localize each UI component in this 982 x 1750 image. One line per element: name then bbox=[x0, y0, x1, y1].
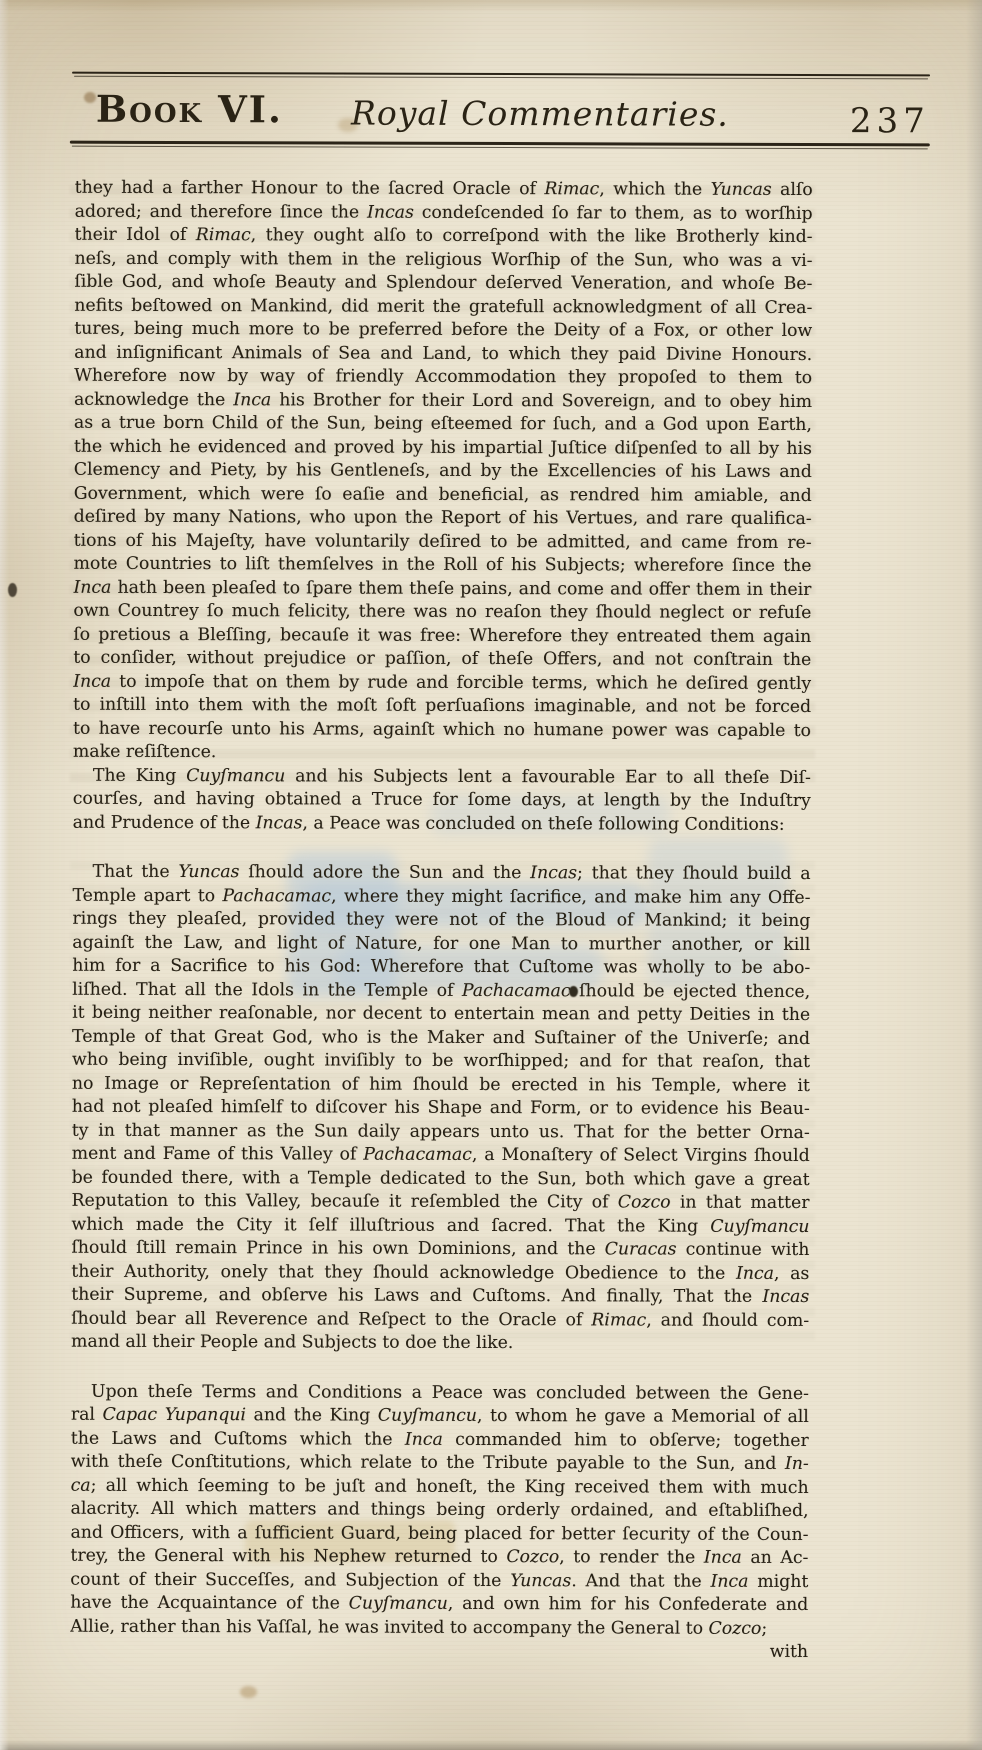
text-block: they had a farther Honour to the ſacred … bbox=[70, 177, 813, 1665]
text-line: to inſtill into them with the moſt ſoft … bbox=[73, 694, 811, 720]
text-line: mote Countries to liſt themſelves in the… bbox=[73, 553, 811, 579]
text-line: ſhould ſtill remain Prince in his own Do… bbox=[71, 1237, 809, 1263]
text-line: their Authority, onely that they ſhould … bbox=[71, 1260, 809, 1286]
text-line: tures, being much more to be preferred b… bbox=[74, 318, 812, 344]
text-line: acknowledge the Inca his Brother for the… bbox=[74, 388, 812, 414]
page-content: Book VI. Royal Commentaries. 237 they ha… bbox=[0, 0, 982, 1750]
text-line: deſired by many Nations, who upon the Re… bbox=[74, 506, 812, 532]
text-line: they had a farther Honour to the ſacred … bbox=[75, 177, 813, 203]
text-line: courſes, and having obtained a Truce for… bbox=[73, 788, 811, 814]
text-line: to have recourſe unto his Arms, againſt … bbox=[73, 717, 811, 743]
header-rule-top-echo bbox=[74, 76, 928, 80]
text-line: which made the City it ſelf illuſtrious … bbox=[71, 1213, 809, 1239]
text-line: no Image or Repreſentation of him ſhould… bbox=[72, 1072, 810, 1098]
text-line: Temple of that Great God, who is the Mak… bbox=[72, 1025, 810, 1051]
paragraph: they had a farther Honour to the ſacred … bbox=[73, 177, 813, 767]
paragraph: That the Yuncas ſhould adore the Sun and… bbox=[71, 861, 811, 1357]
text-line: be founded there, with a Temple dedicate… bbox=[72, 1166, 810, 1192]
text-line: nefits beſtowed on Mankind, did merit th… bbox=[74, 294, 812, 320]
text-line: ment and Fame of this Valley of Pachacam… bbox=[72, 1143, 810, 1169]
text-line: make reſiſtence. bbox=[73, 741, 811, 767]
text-line: and Officers, with a ſufficient Guard, b… bbox=[70, 1521, 808, 1547]
text-line: it being neither reaſonable, nor decent … bbox=[72, 1002, 810, 1028]
text-line: with theſe Conſtitutions, which relate t… bbox=[71, 1451, 809, 1477]
text-line: who being inviſible, ought inviſibly to … bbox=[72, 1049, 810, 1075]
paragraph: Upon theſe Terms and Conditions a Peace … bbox=[70, 1380, 809, 1641]
text-line: the Laws and Cuſtoms which the Inca comm… bbox=[71, 1427, 809, 1453]
text-line: neſs, and comply with them in the religi… bbox=[74, 247, 812, 273]
catchword: with bbox=[70, 1639, 808, 1665]
text-line: Inca hath been pleaſed to ſpare them the… bbox=[73, 576, 811, 602]
text-line: mand all their People and Subjects to do… bbox=[71, 1331, 809, 1357]
paragraph: The King Cuyſmancu and his Subjects lent… bbox=[73, 764, 811, 837]
header-rule-bottom-echo bbox=[72, 146, 928, 150]
text-line: had not pleaſed himſelf to diſcover his … bbox=[72, 1096, 810, 1122]
text-line: alacrity. All which matters and things b… bbox=[71, 1498, 809, 1524]
running-title: Royal Commentaries. bbox=[340, 94, 740, 134]
scanned-book-page: Book VI. Royal Commentaries. 237 they ha… bbox=[0, 0, 982, 1750]
text-line: own Countrey ſo much felicity, there was… bbox=[73, 600, 811, 626]
text-line: That the Yuncas ſhould adore the Sun and… bbox=[73, 861, 811, 887]
text-line: Inca to impoſe that on them by rude and … bbox=[73, 670, 811, 696]
text-line: The King Cuyſmancu and his Subjects lent… bbox=[73, 764, 811, 790]
text-line: count of their Succeſſes, and Subjection… bbox=[70, 1568, 808, 1594]
text-line: ca; all which ſeeming to be juſt and hon… bbox=[71, 1474, 809, 1500]
text-line: as a true born Child of the Sun, being e… bbox=[74, 412, 812, 438]
text-line: to conſider, without prejudice or paſſio… bbox=[73, 647, 811, 673]
text-line: Allie, rather than his Vaſſal, he was in… bbox=[70, 1615, 808, 1641]
text-line: rings they pleaſed, provided they were n… bbox=[72, 908, 810, 934]
text-line: ral Capac Yupanqui and the King Cuyſmanc… bbox=[71, 1404, 809, 1430]
text-line: Government, which were ſo eaſie and bene… bbox=[74, 482, 812, 508]
text-line: adored; and therefore ſince the Incas co… bbox=[75, 200, 813, 226]
text-line: ty in that manner as the Sun daily appea… bbox=[72, 1119, 810, 1145]
text-line: tions of his Majeſty, have voluntarily d… bbox=[74, 529, 812, 555]
page-number: 237 bbox=[850, 101, 930, 141]
text-line: ſo pretious a Bleſſing, becauſe it was f… bbox=[73, 623, 811, 649]
text-line: and inſignificant Animals of Sea and Lan… bbox=[74, 341, 812, 367]
text-line: Temple apart to Pachacamac, where they m… bbox=[72, 884, 810, 910]
text-line: liſhed. That all the Idols in the Temple… bbox=[72, 978, 810, 1004]
text-line: and Prudence of the Incas, a Peace was c… bbox=[73, 811, 811, 837]
text-line: trey, the General with his Nephew return… bbox=[70, 1545, 808, 1571]
text-line: their Supreme, and obſerve his Laws and … bbox=[71, 1284, 809, 1310]
text-line: Reputation to this Valley, becauſe it re… bbox=[71, 1190, 809, 1216]
text-line: ſible God, and whoſe Beauty and Splendou… bbox=[74, 271, 812, 297]
text-line: Wherefore now by way of friendly Accommo… bbox=[74, 365, 812, 391]
text-line: Clemency and Piety, by his Gentleneſs, a… bbox=[74, 459, 812, 485]
text-line: their Idol of Rimac, they ought alſo to … bbox=[75, 224, 813, 250]
text-line: Upon theſe Terms and Conditions a Peace … bbox=[71, 1380, 809, 1406]
text-line: have the Acquaintance of the Cuyſmancu, … bbox=[70, 1592, 808, 1618]
text-line: him for a Sacrifice to his God: Wherefor… bbox=[72, 955, 810, 981]
text-line: ſhould bear all Reverence and Reſpect to… bbox=[71, 1307, 809, 1333]
text-line: the which he evidenced and proved by his… bbox=[74, 435, 812, 461]
book-label: Book VI. bbox=[96, 87, 283, 132]
text-line: againſt the Law, and light of Nature, fo… bbox=[72, 931, 810, 957]
